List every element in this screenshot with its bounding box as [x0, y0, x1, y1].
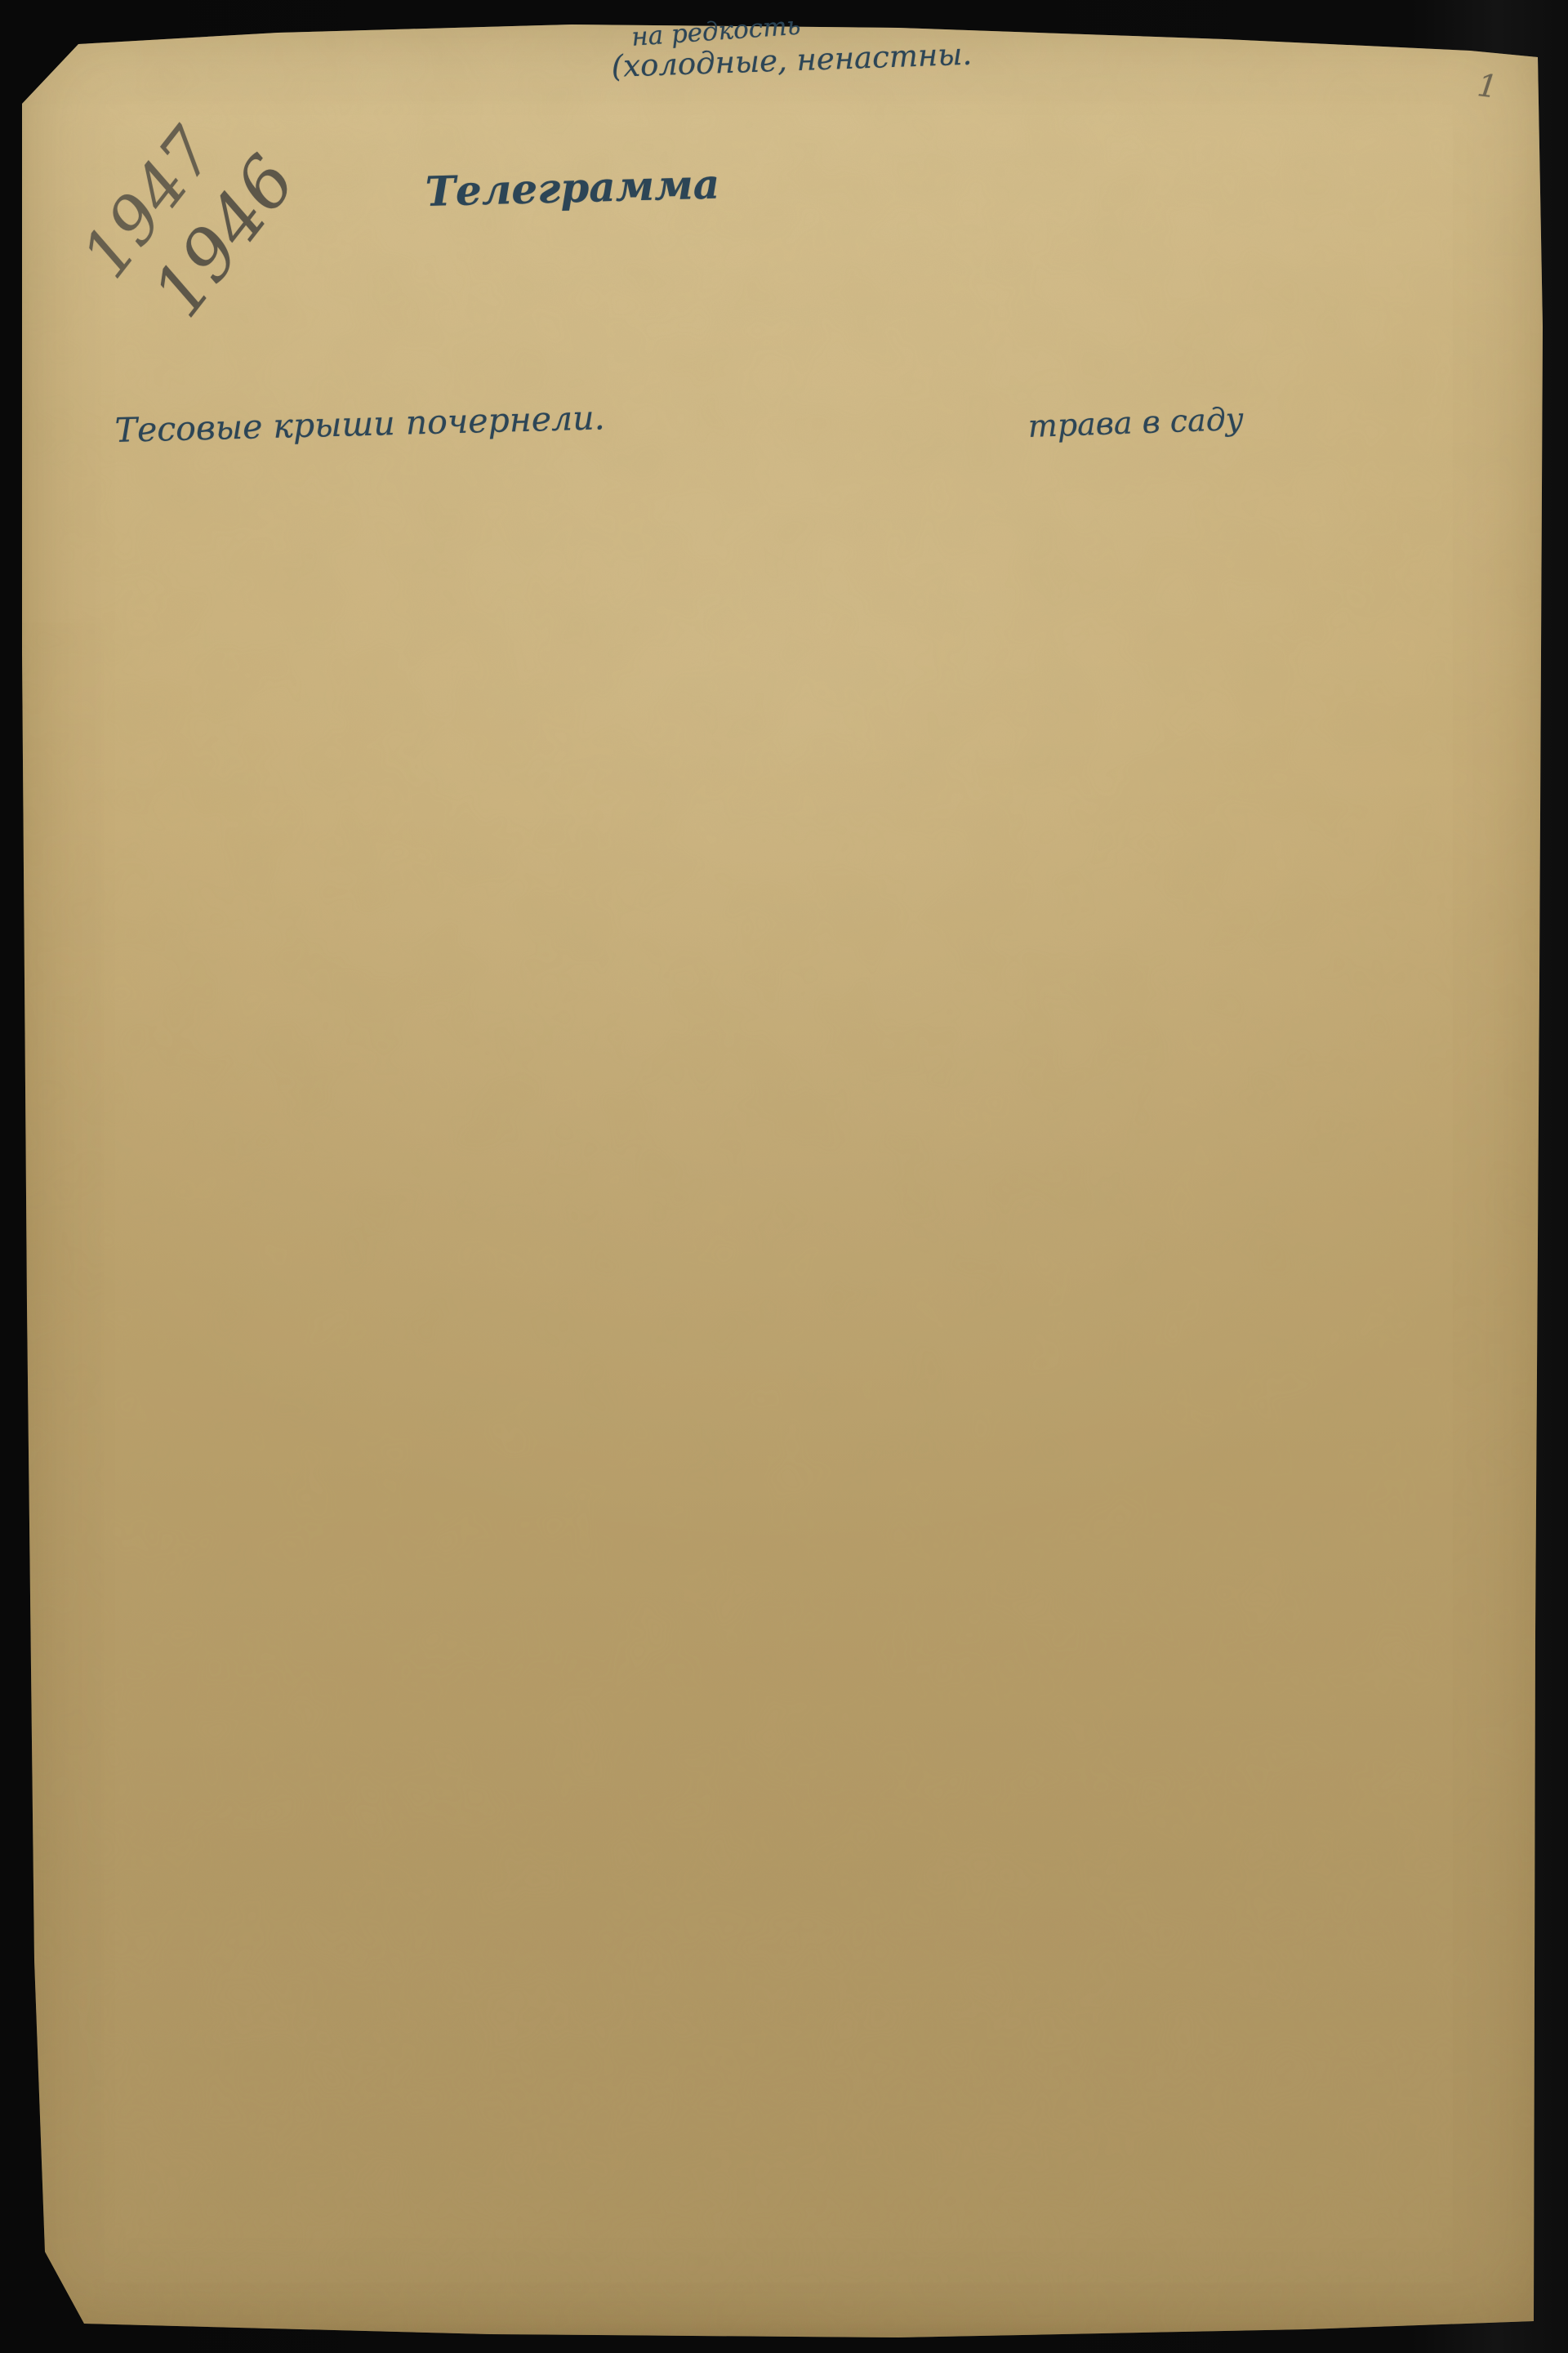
body-line-end: трава в саду — [1027, 401, 1245, 444]
page-number: 1 — [1476, 67, 1499, 105]
manuscript-scan: { "annotations": { "year_crossed_out": "… — [0, 0, 1568, 2353]
body-line-start: Тесовые крыши почернели. — [114, 398, 605, 450]
manuscript-title: Телеграмма — [425, 160, 720, 216]
legible-text-layer: 1947 1946 1 на редкость (холодные, ненас… — [0, 0, 1568, 2353]
